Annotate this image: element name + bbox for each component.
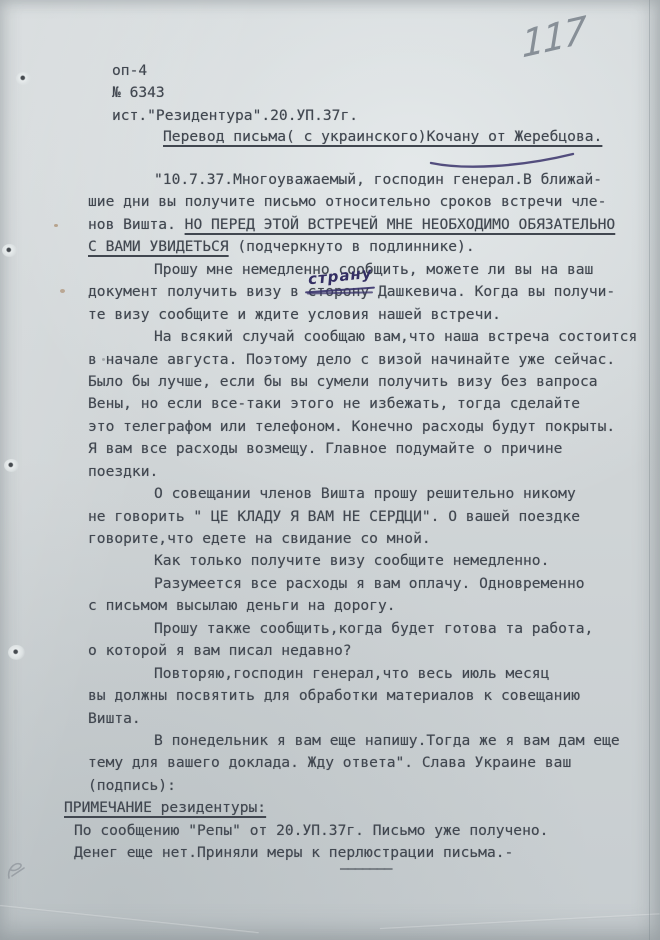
underlined-text: НО ПЕРЕД ЭТОЙ ВСТРЕЧЕЙ МНЕ НЕОБХОДИМО ОБ… [185,216,616,233]
line-text: те визу сообщите и ждите условия нашей в… [88,306,501,323]
document-page: 117 оп-4 № 6343 ист."Резидентура".20.УП.… [0,0,660,940]
paper-hole [4,459,19,472]
line-text: с письмом высылаю деньги на дорогу. [88,597,396,614]
line-text: Как только получите визу сообщите немедл… [154,552,549,569]
line-text: По сообщению "Репы" от 20.УП.37г. Письмо… [74,822,548,839]
letter-line: В понедельник я вам еще напишу.Тогда же … [88,730,648,752]
paper-crease [380,913,660,930]
line-text: тему для вашего доклада. Жду ответа". Сл… [88,754,571,771]
letter-line: шие дни вы получите письмо относительно … [88,191,648,213]
document-number: № 6343 [112,82,358,104]
line-text: Разумеется все расходы я вам оплачу. Одн… [154,575,585,592]
line-text: в начале августа. Поэтому дело с визой н… [88,351,615,368]
rust-speck [60,289,65,293]
letter-line: тему для вашего доклада. Жду ответа". Сл… [88,752,648,774]
letter-line: в начале августа. Поэтому дело с визой н… [88,349,648,371]
line-text: Прошу также сообщить,когда будет готова … [154,620,593,637]
paper-hole [16,72,31,85]
line-text: это телеграфом или телефоном. Конечно ра… [88,418,615,435]
line-text: поездки. [88,463,158,480]
line-text: (подчеркнуто в подлиннике). [229,238,475,255]
line-text: нов Вишта. [88,216,185,233]
pencil-scribble [4,856,30,886]
title-underlined-text: Перевод письма( с украинского)Кочану от … [163,128,602,145]
document-header: оп-4 № 6343 ист."Резидентура".20.УП.37г. [112,60,358,127]
line-text: На всякий случай сообщаю вам,что наша вс… [154,328,637,345]
line-text: говорите,что едете на свидание со мной. [88,530,431,547]
letter-line: нов Вишта. НО ПЕРЕД ЭТОЙ ВСТРЕЧЕЙ МНЕ НЕ… [88,214,648,236]
letter-line: с письмом высылаю деньги на дорогу. [88,595,648,617]
line-text: документ получить визу в [88,283,308,300]
page-edge [649,0,650,940]
document-title: Перевод письма( с украинского)Кочану от … [163,128,602,145]
residency-note-line: По сообщению "Репы" от 20.УП.37г. Письмо… [74,820,648,842]
line-text: шие дни вы получите письмо относительно … [88,193,606,210]
letter-line: Как только получите визу сообщите немедл… [88,550,648,572]
letter-line: Прошу также сообщить,когда будет готова … [88,618,648,640]
handwritten-page-number: 117 [521,8,585,66]
rust-speck [54,224,58,227]
residency-note-heading: ПРИМЕЧАНИЕ резидентуры: [64,797,648,819]
ink-speck [102,358,105,361]
letter-line: С ВАМИ УВИДЕТЬСЯ (подчеркнуто в подлинни… [88,236,648,258]
op-line: оп-4 [112,60,358,82]
letter-line: (подпись): [88,775,648,797]
line-text: Дашкевича. Когда вы получи- [369,283,615,300]
letter-line: поездки. [88,461,648,483]
letter-line: На всякий случай сообщаю вам,что наша вс… [88,326,648,348]
letter-line: Было бы лучше, если бы вы сумели получит… [88,371,648,393]
letter-line: Вишта. [88,708,648,730]
line-text: вы должны посвятить для обработки матери… [88,687,580,704]
letter-line: Разумеется все расходы я вам оплачу. Одн… [88,573,648,595]
line-text: Денег еще нет.Приняли меры к перлюстраци… [74,844,513,861]
paper-hole [2,244,17,257]
letter-line: Я вам все расходы возмещу. Главное подум… [88,438,648,460]
letter-line: О совещании членов Вишта прошу решительн… [88,483,648,505]
underlined-text: ПРИМЕЧАНИЕ резидентуры: [64,799,266,816]
letter-line: документ получить визу в сторонустрану Д… [88,281,648,303]
letter-line: те визу сообщите и ждите условия нашей в… [88,304,648,326]
line-text: Вены, но если все-таки этого не избежать… [88,395,580,412]
line-text: не говорить " ЦЕ КЛАДУ Я ВАМ НЕ СЕРДЦИ".… [88,508,580,525]
source-line: ист."Резидентура".20.УП.37г. [112,105,358,127]
line-text: Было бы лучше, если бы вы сумели получит… [88,373,598,390]
paper-crease [0,905,259,934]
letter-line: о которой я вам писал недавно? [88,640,648,662]
letter-body: "10.7.37.Многоуважаемый, господин генера… [88,169,648,865]
line-text: Я вам все расходы возмещу. Главное подум… [88,440,562,457]
line-text: Прошу мне немедленно сообщить, можете ли… [154,261,593,278]
line-text: Вишта. [88,710,141,727]
letter-line: Вены, но если все-таки этого не избежать… [88,393,648,415]
line-text: В понедельник я вам еще напишу.Тогда же … [154,732,620,749]
line-text: о которой я вам писал недавно? [88,642,352,659]
line-text: О совещании членов Вишта прошу решительн… [154,485,576,502]
struck-word: сторонустрану [308,281,370,303]
letter-line: это телеграфом или телефоном. Конечно ра… [88,416,648,438]
letter-line: не говорить " ЦЕ КЛАДУ Я ВАМ НЕ СЕРДЦИ".… [88,506,648,528]
line-text: "10.7.37.Многоуважаемый, господин генера… [154,171,602,188]
letter-line: Повторяю,господин генерал,что весь июль … [88,663,648,685]
line-text: (подпись): [88,777,176,794]
letter-line: говорите,что едете на свидание со мной. [88,528,648,550]
letter-line: вы должны посвятить для обработки матери… [88,685,648,707]
underlined-text: С ВАМИ УВИДЕТЬСЯ [88,238,229,255]
line-text: Повторяю,господин генерал,что весь июль … [154,665,549,682]
end-of-document-dash: ——————— [340,860,391,877]
letter-line: "10.7.37.Многоуважаемый, господин генера… [88,169,648,191]
paper-hole [8,645,25,660]
